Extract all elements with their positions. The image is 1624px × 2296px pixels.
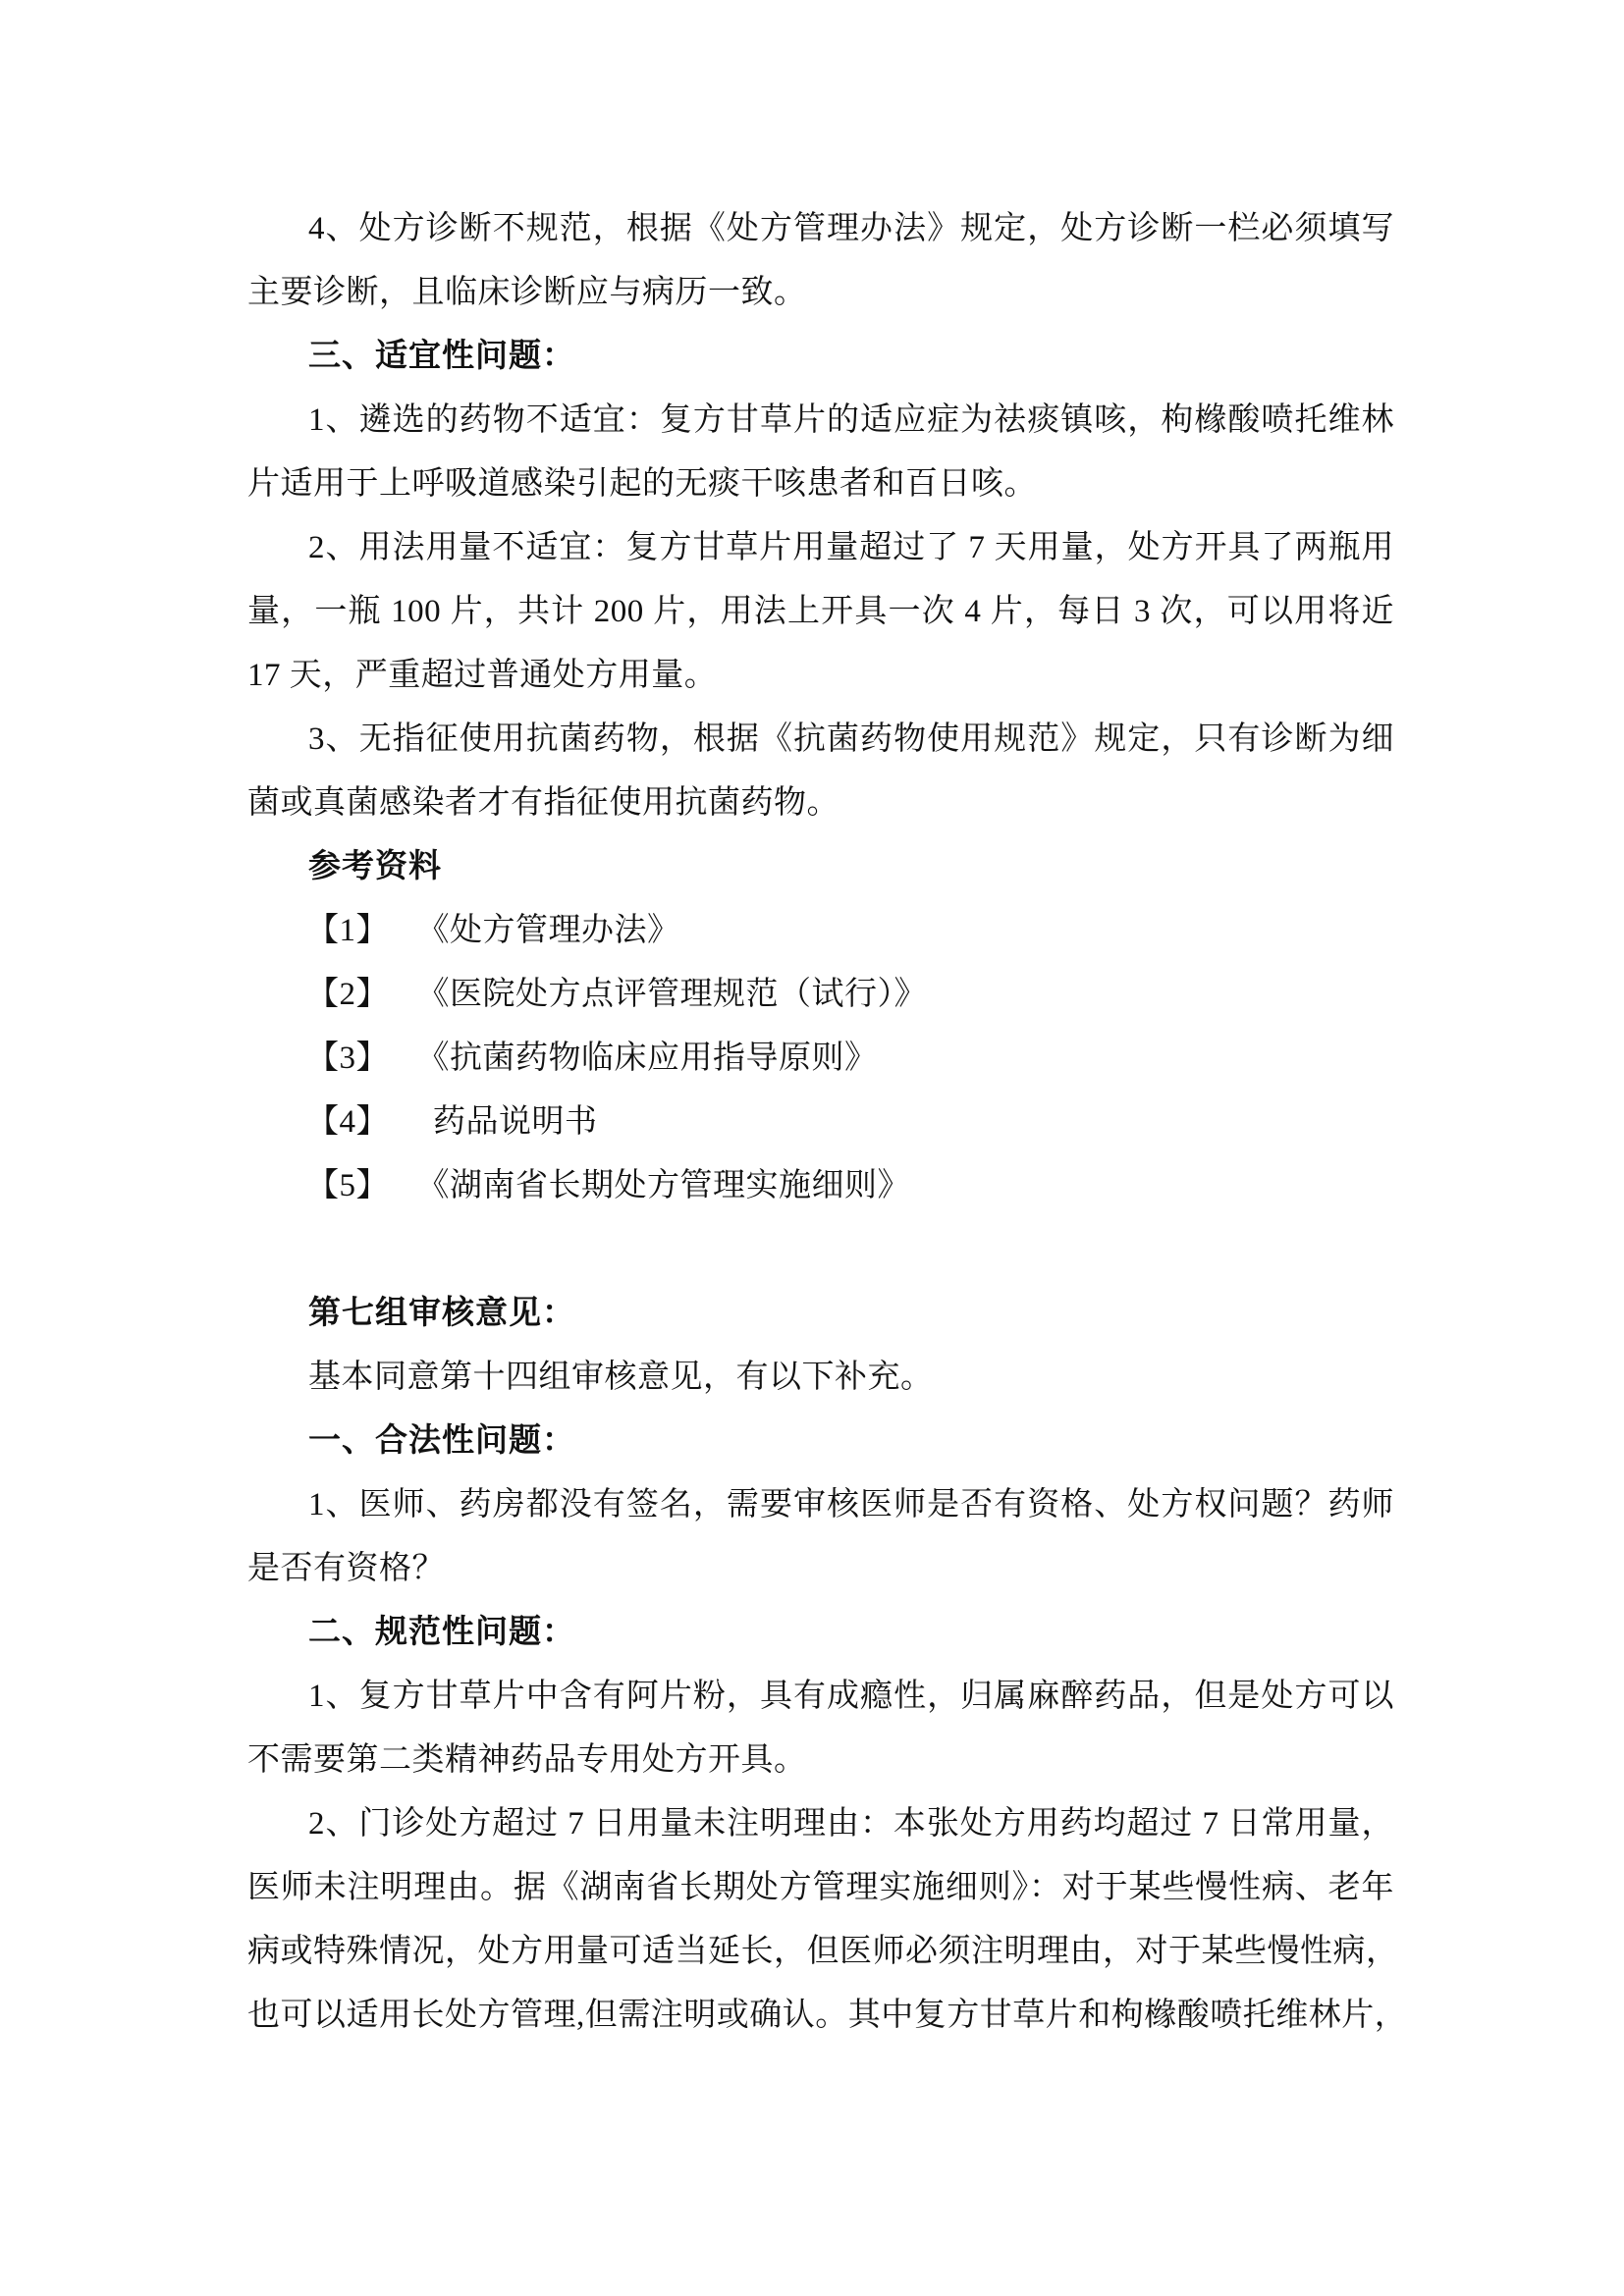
reference-item: 【3】《抗菌药物临床应用指导原则》 xyxy=(247,1027,1394,1091)
reference-item: 【4】药品说明书 xyxy=(247,1091,1394,1154)
text-line: 4、处方诊断不规范，根据《处方管理办法》规定，处方诊断一栏必须填写 xyxy=(247,197,1394,261)
reference-item: 【5】《湖南省长期处方管理实施细则》 xyxy=(247,1154,1394,1218)
text-line: 不需要第二类精神药品专用处方开具。 xyxy=(247,1729,1394,1792)
text-line: 1、医师、药房都没有签名，需要审核医师是否有资格、处方权问题？药师 xyxy=(247,1473,1394,1537)
text-line: 菌或真菌感染者才有指征使用抗菌药物。 xyxy=(247,772,1394,835)
reference-title: 《医院处方点评管理规范（试行）》 xyxy=(433,977,927,1012)
heading-line: 参考资料 xyxy=(247,835,1394,899)
text-line: 病或特殊情况，处方用量可适当延长，但医师必须注明理由，对于某些慢性病， xyxy=(247,1920,1394,1984)
heading-line: 第七组审核意见： xyxy=(247,1282,1394,1346)
document-content: 4、处方诊断不规范，根据《处方管理办法》规定，处方诊断一栏必须填写主要诊断，且临… xyxy=(247,197,1394,2048)
reference-marker: 【3】 xyxy=(306,1041,389,1076)
text-line: 片适用于上呼吸道感染引起的无痰干咳患者和百日咳。 xyxy=(247,453,1394,516)
text-line: 1、复方甘草片中含有阿片粉，具有成瘾性，归属麻醉药品，但是处方可以 xyxy=(247,1665,1394,1729)
reference-title: 《抗菌药物临床应用指导原则》 xyxy=(433,1041,878,1076)
text-line: 2、门诊处方超过 7 日用量未注明理由：本张处方用药均超过 7 日常用量， xyxy=(247,1792,1394,1856)
text-line: 2、用法用量不适宜：复方甘草片用量超过了 7 天用量，处方开具了两瓶用 xyxy=(247,516,1394,580)
heading-line: 二、规范性问题： xyxy=(247,1601,1394,1665)
reference-item: 【1】《处方管理办法》 xyxy=(247,899,1394,963)
reference-item: 【2】《医院处方点评管理规范（试行）》 xyxy=(247,963,1394,1027)
heading-line: 一、合法性问题： xyxy=(247,1410,1394,1473)
reference-title: 《湖南省长期处方管理实施细则》 xyxy=(433,1168,910,1203)
reference-marker: 【1】 xyxy=(306,913,389,948)
reference-marker: 【2】 xyxy=(306,977,389,1012)
blank-line xyxy=(247,1218,1394,1282)
text-line: 3、无指征使用抗菌药物，根据《抗菌药物使用规范》规定，只有诊断为细 xyxy=(247,708,1394,772)
reference-title: 药品说明书 xyxy=(433,1104,598,1140)
text-line: 基本同意第十四组审核意见，有以下补充。 xyxy=(247,1346,1394,1410)
heading-line: 三、适宜性问题： xyxy=(247,325,1394,389)
text-line: 主要诊断，且临床诊断应与病历一致。 xyxy=(247,261,1394,325)
text-line: 1、遴选的药物不适宜：复方甘草片的适应症为祛痰镇咳，枸橼酸喷托维林 xyxy=(247,389,1394,453)
text-line: 医师未注明理由。据《湖南省长期处方管理实施细则》：对于某些慢性病、老年 xyxy=(247,1856,1394,1920)
reference-title: 《处方管理办法》 xyxy=(433,913,680,948)
text-line: 量，一瓶 100 片，共计 200 片，用法上开具一次 4 片，每日 3 次，可… xyxy=(247,580,1394,644)
reference-marker: 【5】 xyxy=(306,1168,389,1203)
document-page: 4、处方诊断不规范，根据《处方管理办法》规定，处方诊断一栏必须填写主要诊断，且临… xyxy=(0,0,1624,2296)
text-line: 17 天，严重超过普通处方用量。 xyxy=(247,644,1394,708)
text-line: 也可以适用长处方管理,但需注明或确认。其中复方甘草片和枸橼酸喷托维林片， xyxy=(247,1984,1394,2048)
text-line: 是否有资格？ xyxy=(247,1537,1394,1601)
reference-marker: 【4】 xyxy=(306,1104,389,1140)
